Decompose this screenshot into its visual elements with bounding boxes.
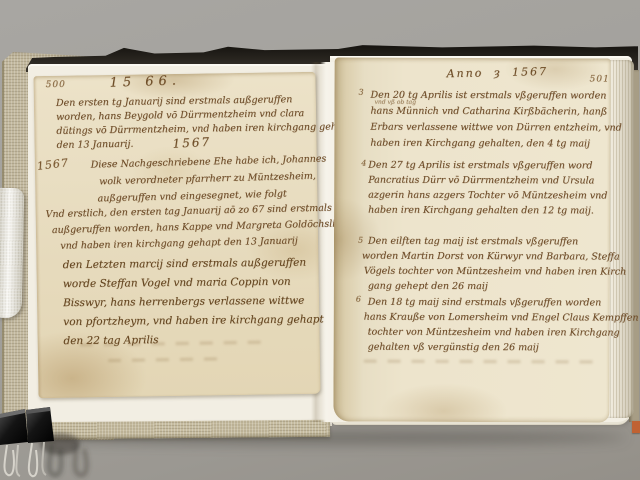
entry-line: haben iren Kirchgang gehalten den 12 tg …	[368, 203, 607, 219]
right-page: Anno ȝ 1567 501 3 vnd vß ob tag Den 20 t…	[333, 58, 610, 423]
register-entry-3: Den 20 tg Aprilis ist erstmals vßgeruffe…	[370, 88, 622, 153]
entry-line: Den 27 tg Aprilis ist erstmals vßgeruffe…	[368, 158, 607, 174]
entry-line: Pancratius Dürr vō Dürrmentzheim vnd Urs…	[368, 173, 607, 189]
register-entry-5: Den eilften tag maij ist erstmals vßgeru…	[368, 234, 627, 295]
register-entry-4: Den 27 tg Aprilis ist erstmals vßgeruffe…	[368, 158, 607, 219]
entry-line: hans Münnich vnd Catharina Kirßbächerin,…	[370, 104, 621, 121]
ink-bleed-through	[108, 357, 228, 362]
entry-line: den 22 tag Aprilis	[63, 329, 324, 351]
photo-stage: 500 15 66. Den ersten tg Januarij sind e…	[0, 0, 640, 480]
register-entry-6: Den 18 tg maij sind erstmals vßgeruffen …	[368, 295, 639, 356]
margin-entry-number: 3	[358, 88, 363, 97]
year-heading-1567: 1567	[172, 135, 211, 151]
page-number-right: 501	[590, 74, 610, 84]
ink-bleed-through	[364, 360, 594, 364]
page-number-left: 500	[46, 80, 66, 90]
entry-line: haben iren Kirchgang gehalten, den 4 tg …	[370, 136, 621, 153]
entry-january-1567: Vnd erstlich, den ersten tag Januarij aō…	[45, 200, 342, 255]
entry-line: gehalten vß vergünstig den 26 maij	[368, 340, 639, 356]
entry-line: Vögels tochter von Müntzesheim vnd haben…	[364, 264, 626, 280]
entry-line: von pfortzheym, vnd haben ire kirchgang …	[63, 310, 324, 332]
clip-wire-handle	[4, 445, 13, 475]
preface-1567: Diese Nachgeschriebene Ehe habe ich, Joh…	[90, 150, 327, 207]
margin-entry-number: 5	[358, 236, 363, 245]
entry-line: Erbars verlassene wittwe von Dürren entz…	[370, 120, 621, 137]
clip-bodies	[0, 407, 54, 476]
entry-line: worden Martin Dorst von Kürwyr vnd Barba…	[362, 249, 626, 265]
entry-line: hans Krauße von Lomersheim vnd Engel Cla…	[364, 310, 639, 326]
margin-entry-number: 6	[356, 295, 361, 304]
entry-line: Den eilften tag maij ist erstmals vßgeru…	[368, 234, 626, 250]
margin-entry-number: 4	[361, 159, 366, 168]
entry-line: Den 18 tg maij sind erstmals vßgeruffen …	[368, 295, 639, 311]
fabric-strap	[0, 188, 24, 319]
color-chip	[632, 421, 640, 433]
margin-year-1567: 1567	[36, 156, 69, 173]
entry-line: gang gehept den 26 maij	[368, 279, 626, 295]
entry-line: azgerin hans azgers Tochter vō Müntzeshe…	[368, 188, 607, 204]
entry-march-1567: den Letzten marcij sind erstmals außgeru…	[63, 253, 324, 351]
year-heading-anno: Anno ȝ 1567	[446, 65, 548, 80]
binder-clips	[0, 402, 160, 480]
year-heading-1566: 15 66.	[109, 73, 181, 90]
clip-wire-handle	[16, 445, 20, 476]
left-page: 500 15 66. Den ersten tg Januarij sind e…	[33, 72, 320, 398]
entry-line: tochter von Müntzesheim vnd haben iren K…	[368, 325, 639, 341]
entry-line: Den 20 tg Aprilis ist erstmals vßgeruffe…	[370, 88, 621, 105]
clip-wire-handle	[29, 443, 37, 476]
